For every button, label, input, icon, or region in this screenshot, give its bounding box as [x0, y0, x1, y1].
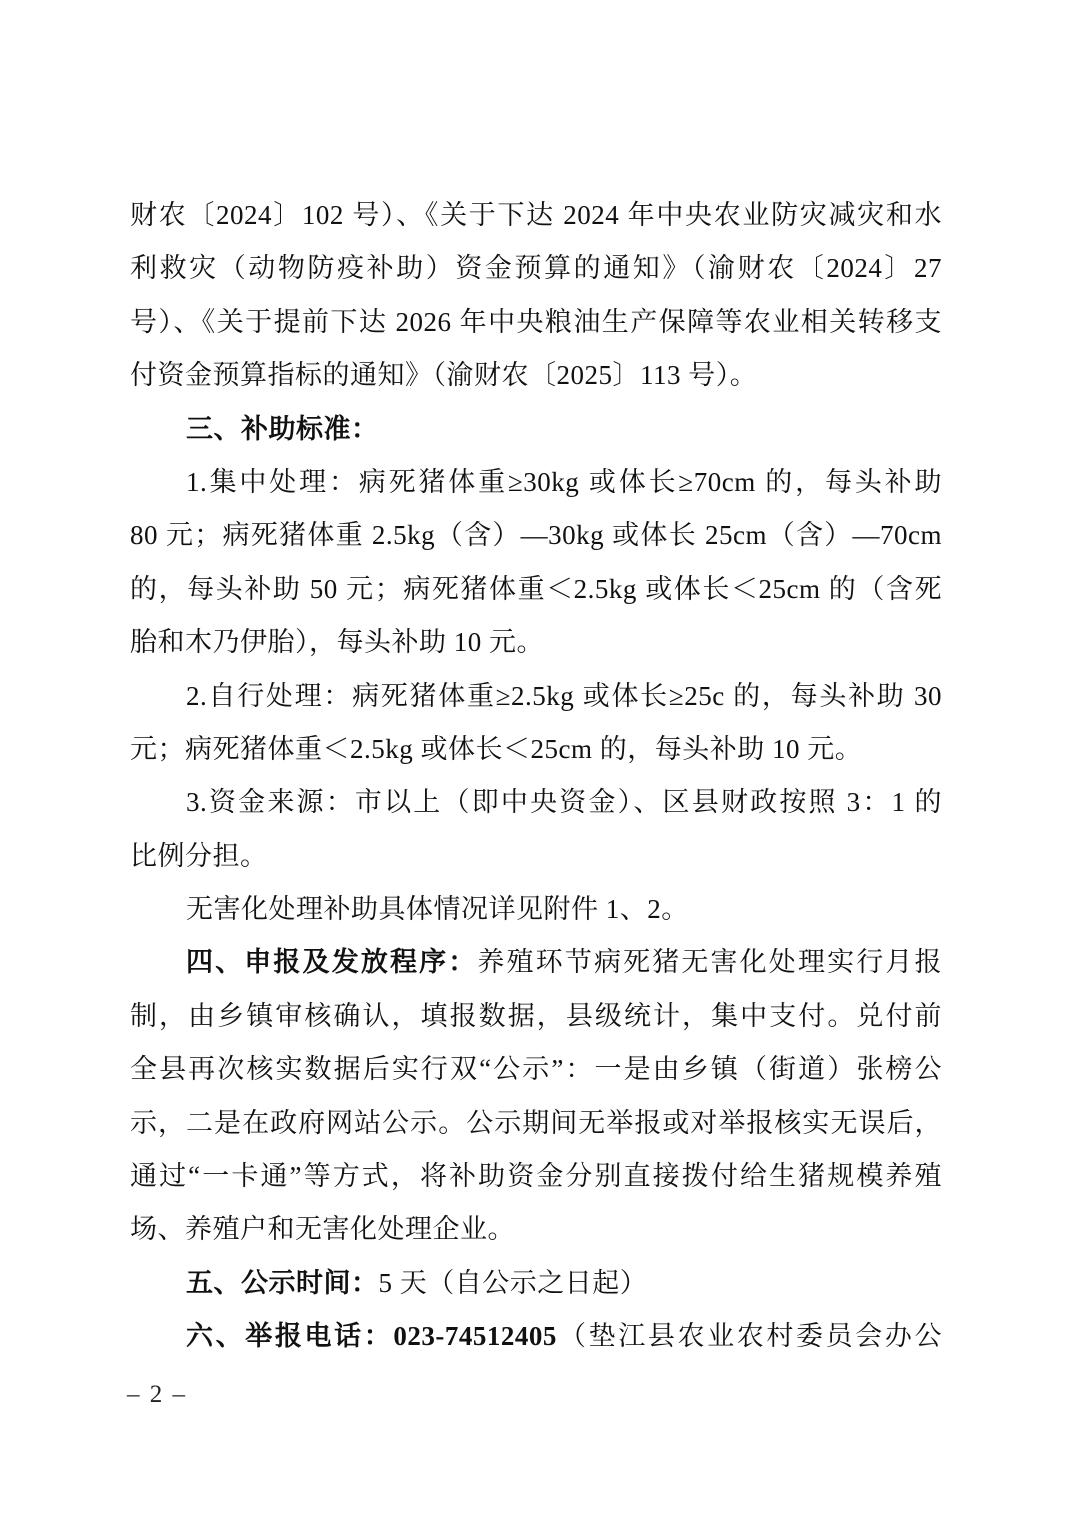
text-line: 场、养殖户和无害化处理企业。	[130, 1203, 942, 1256]
text-line: 制，由乡镇审核确认，填报数据，县级统计，集中支付。兑付前	[130, 990, 942, 1043]
text-run: 的，每头补助 50 元；病死猪体重＜2.5kg 或体长＜25cm 的（含死	[130, 574, 942, 604]
page-number: – 2 –	[127, 1381, 187, 1409]
text-line: 五、公示时间：5 天（自公示之日起）	[130, 1257, 942, 1310]
text-line: 四、申报及发放程序：养殖环节病死猪无害化处理实行月报	[130, 936, 942, 989]
text-run: （垫江县农业农村委员会办公	[557, 1321, 942, 1351]
text-line: 财农〔2024〕102 号）、《关于下达 2024 年中央农业防灾减灾和水	[130, 189, 942, 242]
text-run: 无害化处理补助具体情况详见附件 1、2。	[186, 894, 689, 924]
text-line: 胎和木乃伊胎），每头补助 10 元。	[130, 616, 942, 669]
text-line: 3.资金来源：市以上（即中央资金）、区县财政按照 3：1 的	[130, 776, 942, 829]
text-line: 通过“一卡通”等方式，将补助资金分别直接拨付给生猪规模养殖	[130, 1150, 942, 1203]
text-line: 无害化处理补助具体情况详见附件 1、2。	[130, 883, 942, 936]
heading-run: 六、举报电话：	[186, 1321, 393, 1351]
text-run: 2.自行处理：病死猪体重≥2.5kg 或体长≥25c 的，每头补助 30	[186, 681, 942, 711]
text-run: 5 天（自公示之日起）	[379, 1268, 648, 1298]
text-line: 元；病死猪体重＜2.5kg 或体长＜25cm 的，每头补助 10 元。	[130, 723, 942, 776]
text-run: 比例分担。	[130, 841, 268, 871]
text-line: 2.自行处理：病死猪体重≥2.5kg 或体长≥25c 的，每头补助 30	[130, 670, 942, 723]
text-run: 利救灾（动物防疫补助）资金预算的通知》（渝财农〔2024〕27	[130, 253, 942, 283]
text-run: 养殖环节病死猪无害化处理实行月报	[477, 947, 942, 977]
text-line: 三、补助标准：	[130, 403, 942, 456]
text-run: 通过“一卡通”等方式，将补助资金分别直接拨付给生猪规模养殖	[130, 1161, 942, 1191]
text-line: 全县再次核实数据后实行双“公示”：一是由乡镇（街道）张榜公	[130, 1043, 942, 1096]
text-run: 1.集中处理：病死猪体重≥30kg 或体长≥70cm 的，每头补助	[186, 467, 942, 497]
text-run: 全县再次核实数据后实行双“公示”：一是由乡镇（街道）张榜公	[130, 1054, 942, 1084]
text-line: 的，每头补助 50 元；病死猪体重＜2.5kg 或体长＜25cm 的（含死	[130, 563, 942, 616]
text-line: 80 元；病死猪体重 2.5kg（含）—30kg 或体长 25cm（含）—70c…	[130, 509, 942, 562]
text-line: 比例分担。	[130, 830, 942, 883]
text-line: 1.集中处理：病死猪体重≥30kg 或体长≥70cm 的，每头补助	[130, 456, 942, 509]
text-run: 023-74512405	[393, 1321, 557, 1351]
text-run: 3.资金来源：市以上（即中央资金）、区县财政按照 3：1 的	[186, 787, 942, 817]
text-run: 场、养殖户和无害化处理企业。	[130, 1214, 515, 1244]
document-page: 财农〔2024〕102 号）、《关于下达 2024 年中央农业防灾减灾和水利救灾…	[0, 0, 1074, 1520]
document-body: 财农〔2024〕102 号）、《关于下达 2024 年中央农业防灾减灾和水利救灾…	[130, 189, 942, 1364]
text-run: 制，由乡镇审核确认，填报数据，县级统计，集中支付。兑付前	[130, 1001, 942, 1031]
text-run: 财农〔2024〕102 号）、《关于下达 2024 年中央农业防灾减灾和水	[130, 200, 942, 230]
text-line: 六、举报电话：023-74512405（垫江县农业农村委员会办公	[130, 1310, 942, 1363]
text-run: 示，二是在政府网站公示。公示期间无举报或对举报核实无误后，	[130, 1108, 942, 1138]
heading-run: 三、补助标准：	[186, 414, 379, 444]
text-run: 号）、《关于提前下达 2026 年中央粮油生产保障等农业相关转移支	[130, 307, 942, 337]
heading-run: 五、公示时间：	[186, 1268, 379, 1298]
text-line: 付资金预算指标的通知》（渝财农〔2025〕113 号）。	[130, 349, 942, 402]
text-line: 号）、《关于提前下达 2026 年中央粮油生产保障等农业相关转移支	[130, 296, 942, 349]
heading-run: 四、申报及发放程序：	[186, 947, 477, 977]
text-run: 元；病死猪体重＜2.5kg 或体长＜25cm 的，每头补助 10 元。	[130, 734, 862, 764]
text-run: 80 元；病死猪体重 2.5kg（含）—30kg 或体长 25cm（含）—70c…	[130, 520, 942, 550]
text-line: 利救灾（动物防疫补助）资金预算的通知》（渝财农〔2024〕27	[130, 242, 942, 295]
text-run: 胎和木乃伊胎），每头补助 10 元。	[130, 627, 544, 657]
text-run: 付资金预算指标的通知》（渝财农〔2025〕113 号）。	[130, 360, 757, 390]
text-line: 示，二是在政府网站公示。公示期间无举报或对举报核实无误后，	[130, 1097, 942, 1150]
